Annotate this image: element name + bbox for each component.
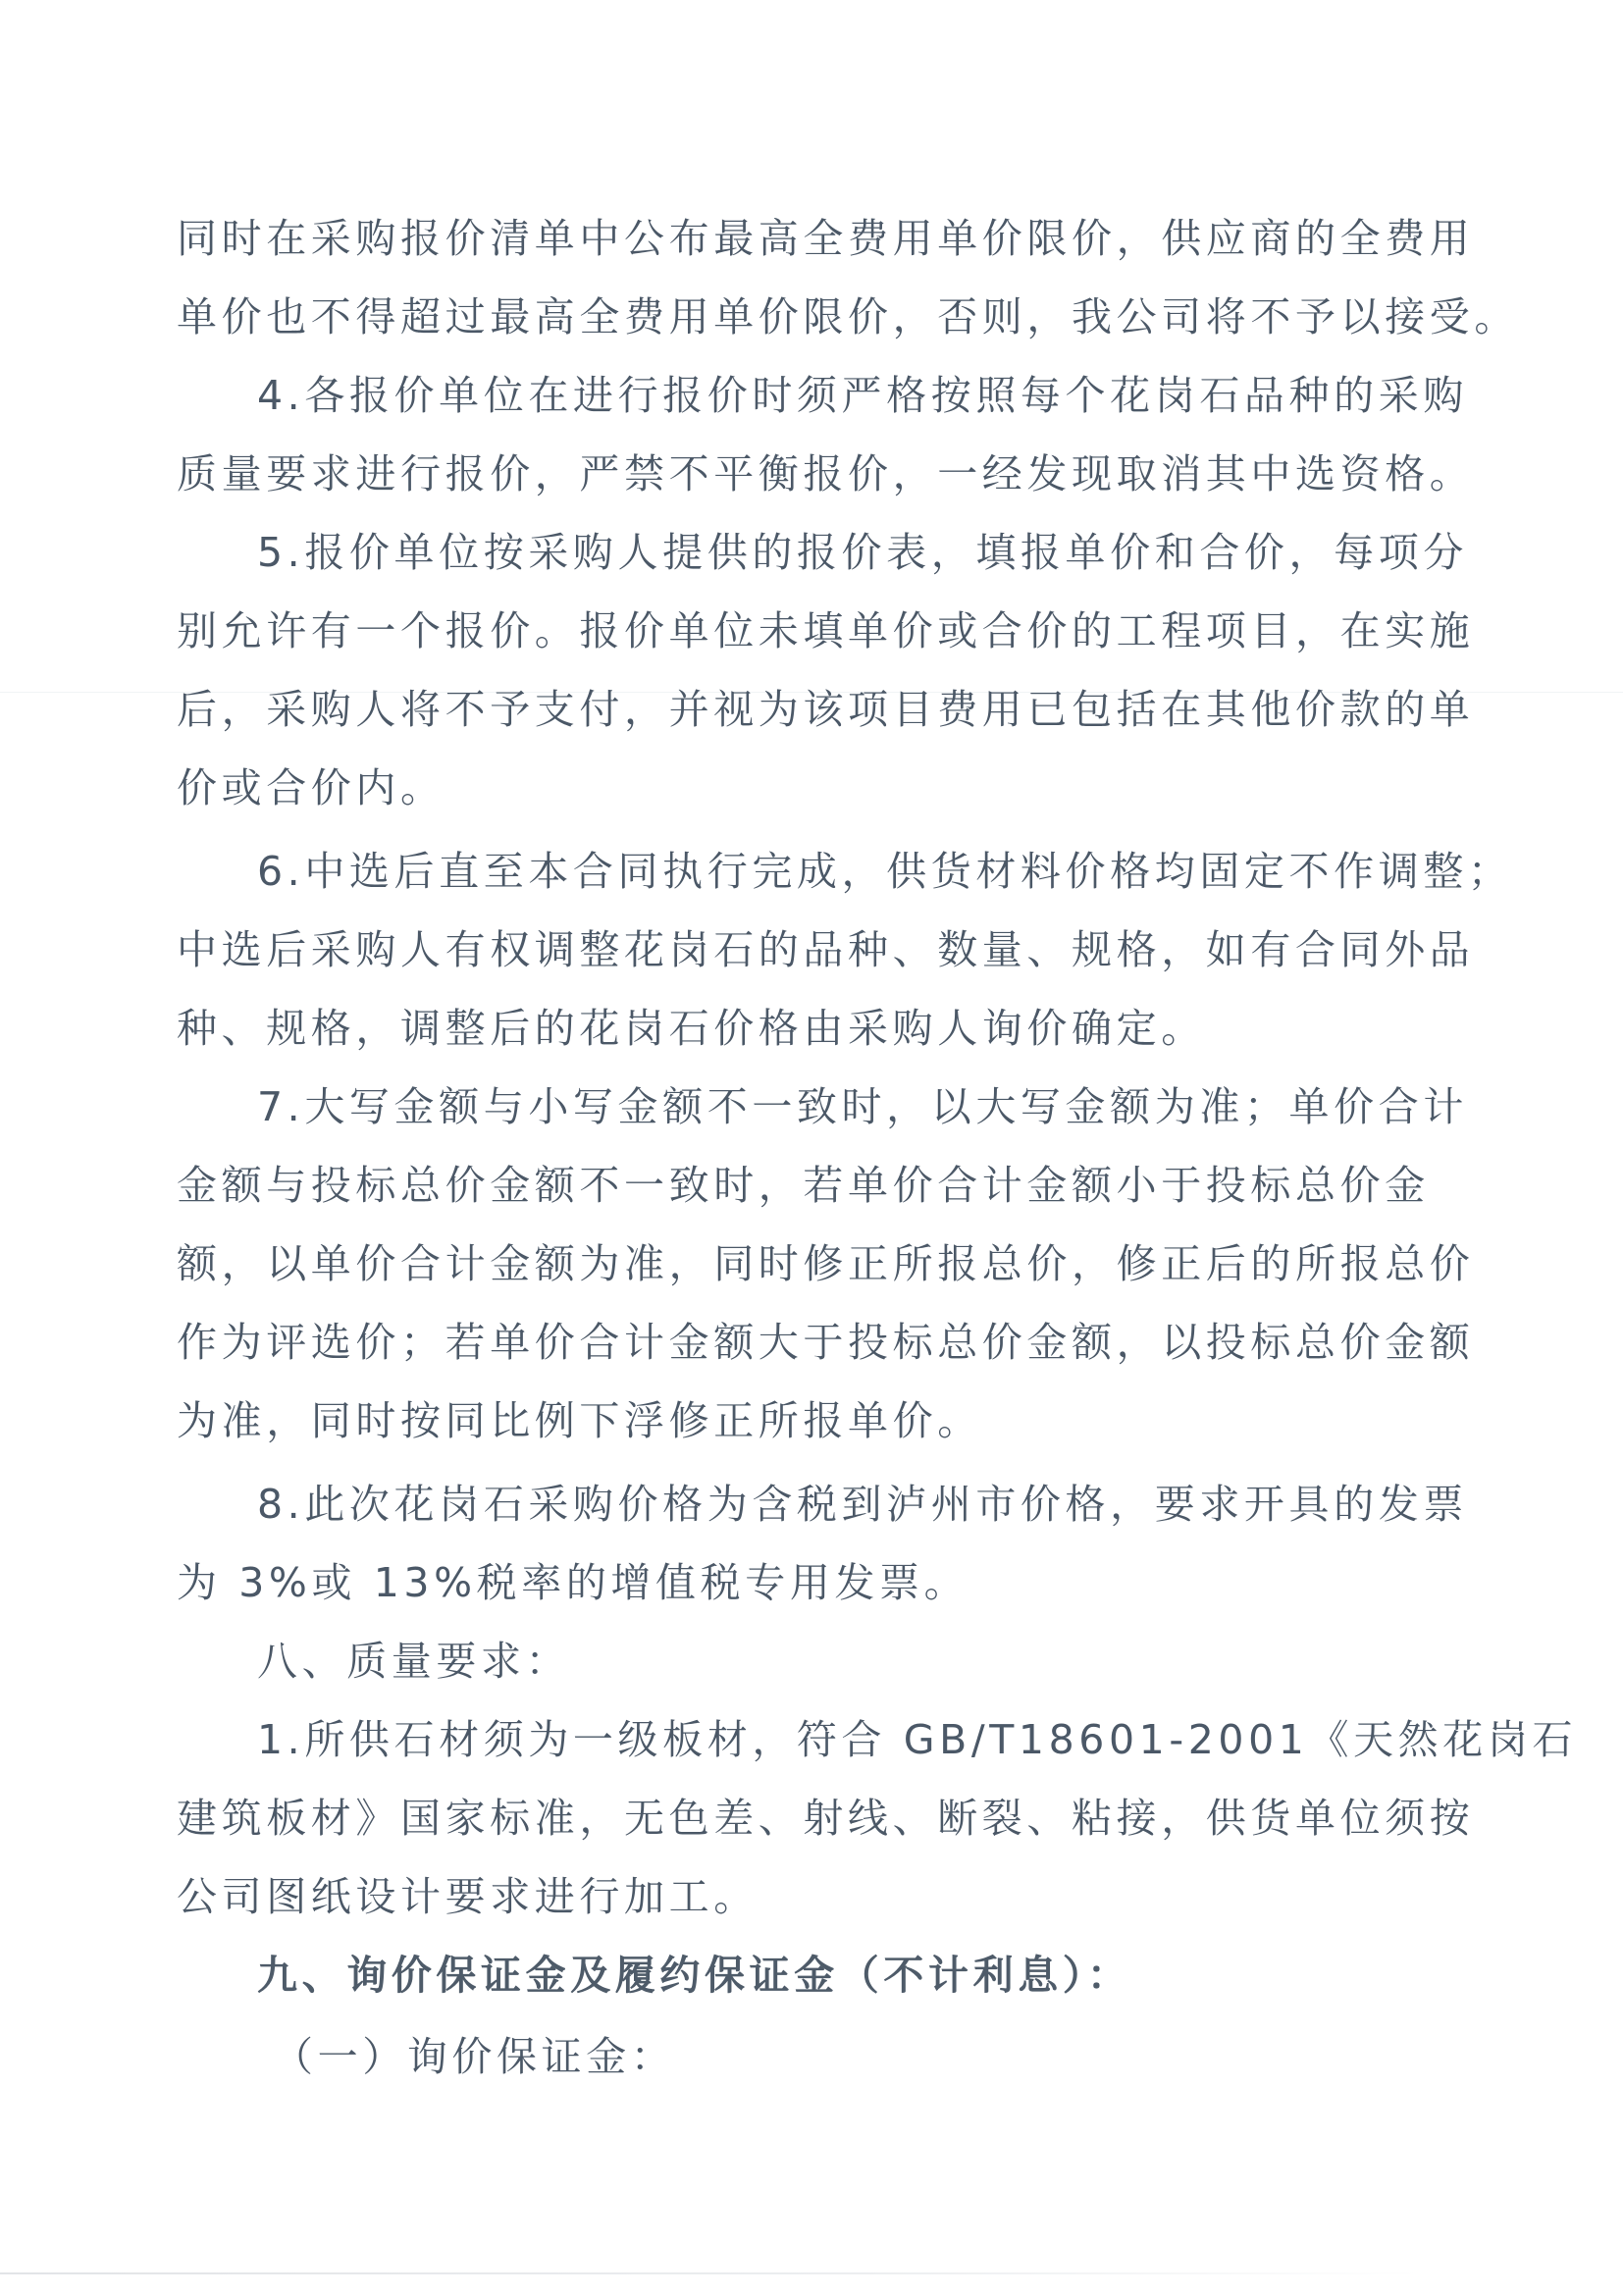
paragraph-line: 同时在采购报价清单中公布最高全费用单价限价，供应商的全费用 xyxy=(177,211,1452,266)
paragraph-line: 建筑板材》国家标准，无色差、射线、断裂、粘接，供货单位须按 xyxy=(177,1791,1452,1846)
clause-5-first-line: 5.报价单位按采购人提供的报价表，填报单价和合价，每项分 xyxy=(257,525,1454,580)
document-page: 同时在采购报价清单中公布最高全费用单价限价，供应商的全费用 单价也不得超过最高全… xyxy=(0,0,1623,2296)
paragraph-line: 后，采购人将不予支付，并视为该项目费用已包括在其他价款的单 xyxy=(177,682,1452,737)
clause-6-first-line: 6.中选后直至本合同执行完成，供货材料价格均固定不作调整； xyxy=(257,844,1454,899)
paragraph-line: 为准，同时按同比例下浮修正所报单价。 xyxy=(177,1393,1452,1448)
scan-artifact-bottom-line xyxy=(0,2272,1423,2274)
paragraph-line: 单价也不得超过最高全费用单价限价，否则，我公司将不予以接受。 xyxy=(177,289,1452,344)
paragraph-line: 种、规格，调整后的花岗石价格由采购人询价确定。 xyxy=(177,1001,1452,1056)
subsection-heading-inquiry-deposit: （一）询价保证金： xyxy=(273,2029,1548,2084)
paragraph-line: 金额与投标总价金额不一致时，若单价合计金额小于投标总价金 xyxy=(177,1158,1452,1213)
paragraph-line: 为 3%或 13%税率的增值税专用发票。 xyxy=(177,1555,1452,1610)
section-heading-quality: 八、质量要求： xyxy=(257,1634,1454,1689)
section-heading-deposit: 九、询价保证金及履约保证金（不计利息）： xyxy=(257,1948,1454,2003)
clause-8-first-line: 8.此次花岗石采购价格为含税到泸州市价格，要求开具的发票 xyxy=(257,1477,1454,1532)
quality-item-1-first-line: 1.所供石材须为一级板材，符合 GB/T18601-2001《天然花岗石 xyxy=(257,1712,1454,1767)
clause-4-first-line: 4.各报价单位在进行报价时须严格按照每个花岗石品种的采购 xyxy=(257,368,1454,423)
paragraph-line: 别允许有一个报价。报价单位未填单价或合价的工程项目，在实施 xyxy=(177,603,1452,658)
paragraph-line: 公司图纸设计要求进行加工。 xyxy=(177,1869,1452,1924)
paragraph-line: 质量要求进行报价，严禁不平衡报价，一经发现取消其中选资格。 xyxy=(177,446,1452,501)
paragraph-line: 额，以单价合计金额为准，同时修正所报总价，修正后的所报总价 xyxy=(177,1236,1452,1291)
paragraph-line: 价或合价内。 xyxy=(177,760,1452,815)
paragraph-line: 作为评选价；若单价合计金额大于投标总价金额，以投标总价金额 xyxy=(177,1315,1452,1370)
paragraph-line: 中选后采购人有权调整花岗石的品种、数量、规格，如有合同外品 xyxy=(177,922,1452,977)
clause-7-first-line: 7.大写金额与小写金额不一致时，以大写金额为准；单价合计 xyxy=(257,1079,1454,1134)
